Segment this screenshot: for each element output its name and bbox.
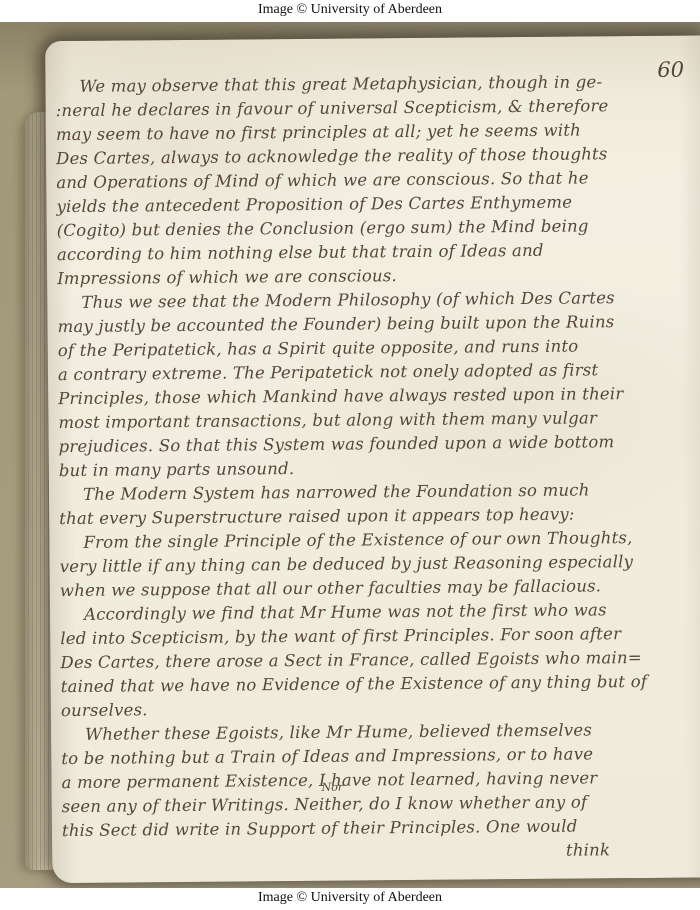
interlinear-insertion: Nor [322, 781, 344, 794]
manuscript-photo: 60 We may observe that this great Metaph… [0, 22, 700, 888]
manuscript-page: 60 We may observe that this great Metaph… [45, 35, 700, 883]
copyright-caption-top: Image © University of Aberdeen [0, 0, 700, 22]
copyright-caption-bottom: Image © University of Aberdeen [0, 888, 700, 910]
manuscript-text-block: We may observe that this great Metaphysi… [55, 70, 668, 867]
